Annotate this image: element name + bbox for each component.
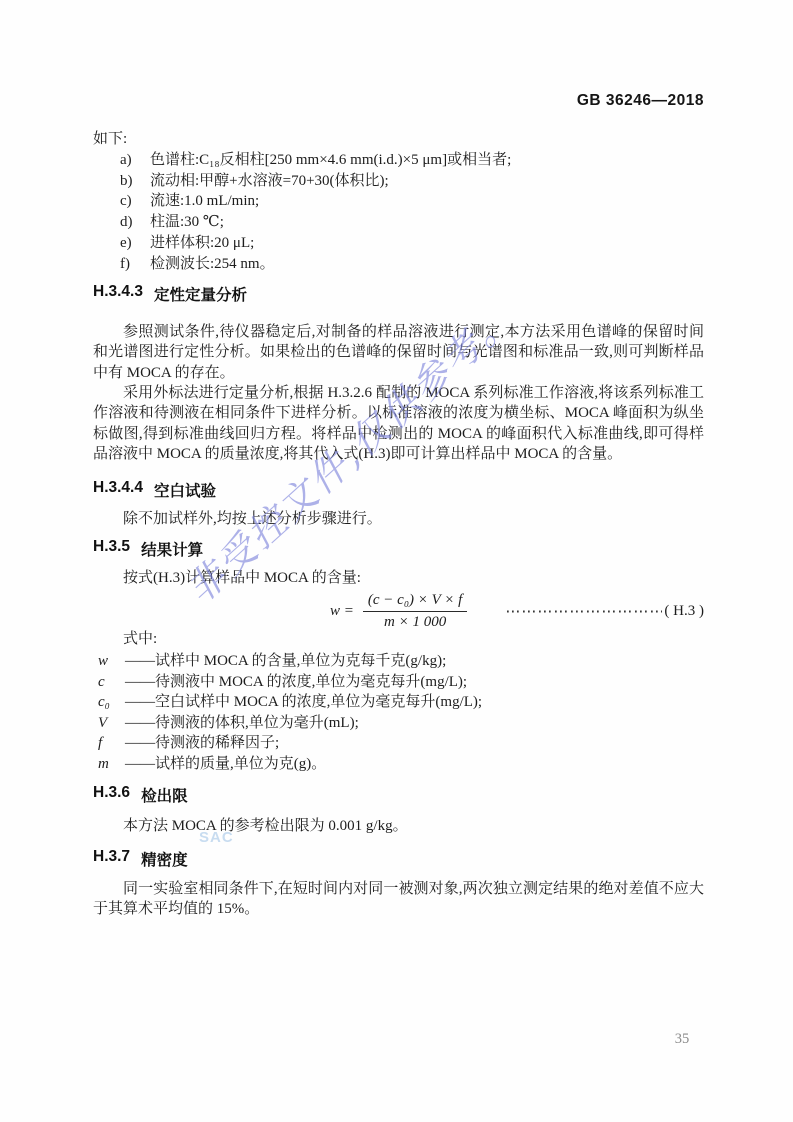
symbol-definitions: w ——试样中 MOCA 的含量,单位为克每千克(g/kg); c ——待测液中… [93, 651, 704, 774]
formula-dot-leader: ⋯⋯⋯⋯⋯⋯⋯⋯⋯⋯⋯⋯⋯⋯⋯⋯⋯⋯⋯⋯⋯⋯ [505, 602, 662, 621]
list-item-text: 流速:1.0 mL/min; [150, 191, 704, 212]
symbol: c₀ [98, 692, 125, 713]
paragraph: 按式(H.3)计算样品中 MOCA 的含量: [93, 568, 704, 588]
symbol: V [98, 713, 125, 734]
page-number: 35 [662, 1031, 702, 1048]
list-item-label: a) [120, 150, 150, 171]
list-item-text: 色谱柱:C₁₈反相柱[250 mm×4.6 mm(i.d.)×5 μm]或相当者… [150, 150, 704, 171]
list-item-text: 检测波长:254 nm。 [150, 254, 704, 275]
symbol: w [98, 651, 125, 672]
list-item-text: 进样体积:20 μL; [150, 233, 704, 254]
section-title: 结果计算 [141, 538, 203, 560]
section-title: 空白试验 [154, 479, 216, 501]
symbol-description: ——待测液的体积,单位为毫升(mL); [125, 713, 704, 734]
formula-label: ( H.3 ) [664, 603, 704, 620]
formula-numerator: (c − c₀) × V × f [363, 592, 467, 612]
list-item: f) 检测波长:254 nm。 [93, 254, 704, 275]
definition-row: f ——待测液的稀释因子; [93, 733, 704, 754]
symbol-description: ——空白试样中 MOCA 的浓度,单位为毫克每升(mg/L); [125, 692, 704, 713]
symbol: c [98, 672, 125, 693]
section-title: 定性定量分析 [154, 283, 247, 305]
symbol-description: ——待测液的稀释因子; [125, 733, 704, 754]
paragraph: 本方法 MOCA 的参考检出限为 0.001 g/kg。 [93, 816, 704, 836]
section-heading-h344: H.3.4.4 空白试验 [93, 479, 704, 501]
section-heading-h36: H.3.6 检出限 [93, 784, 704, 806]
definition-row: w ——试样中 MOCA 的含量,单位为克每千克(g/kg); [93, 651, 704, 672]
list-item-label: d) [120, 212, 150, 233]
section-number: H.3.4.4 [93, 479, 143, 501]
definition-row: m ——试样的质量,单位为克(g)。 [93, 754, 704, 775]
formula-lhs: w = [330, 603, 354, 620]
section-number: H.3.6 [93, 784, 130, 806]
intro-line: 如下: [93, 129, 704, 149]
definition-row: V ——待测液的体积,单位为毫升(mL); [93, 713, 704, 734]
definition-row: c ——待测液中 MOCA 的浓度,单位为毫克每升(mg/L); [93, 672, 704, 693]
list-item-label: b) [120, 171, 150, 192]
list-item-text: 流动相:甲醇+水溶液=70+30(体积比); [150, 171, 704, 192]
section-heading-h37: H.3.7 精密度 [93, 848, 704, 870]
standard-number-header: GB 36246—2018 [93, 92, 704, 110]
symbol-description: ——待测液中 MOCA 的浓度,单位为毫克每升(mg/L); [125, 672, 704, 693]
section-title: 精密度 [141, 848, 188, 870]
paragraph: 同一实验室相同条件下,在短时间内对同一被测对象,两次独立测定结果的绝对差值不应大… [93, 879, 704, 920]
symbol-description: ——试样的质量,单位为克(g)。 [125, 754, 704, 775]
list-item-label: e) [120, 233, 150, 254]
symbol: m [98, 754, 125, 775]
list-item: c) 流速:1.0 mL/min; [93, 191, 704, 212]
section-title: 检出限 [141, 784, 188, 806]
paragraph: 除不加试样外,均按上述分析步骤进行。 [93, 509, 704, 529]
section-number: H.3.4.3 [93, 283, 143, 305]
section-number: H.3.5 [93, 538, 130, 560]
list-item-label: f) [120, 254, 150, 275]
list-item: a) 色谱柱:C₁₈反相柱[250 mm×4.6 mm(i.d.)×5 μm]或… [93, 150, 704, 171]
list-item-label: c) [120, 191, 150, 212]
list-item: b) 流动相:甲醇+水溶液=70+30(体积比); [93, 171, 704, 192]
section-number: H.3.7 [93, 848, 130, 870]
spec-list: a) 色谱柱:C₁₈反相柱[250 mm×4.6 mm(i.d.)×5 μm]或… [93, 150, 704, 274]
symbol: f [98, 733, 125, 754]
formula-fraction: (c − c₀) × V × f m × 1 000 [363, 592, 467, 631]
formula-h3: w = (c − c₀) × V × f m × 1 000 ⋯⋯⋯⋯⋯⋯⋯⋯⋯… [93, 592, 704, 631]
list-item: d) 柱温:30 ℃; [93, 212, 704, 233]
list-item: e) 进样体积:20 μL; [93, 233, 704, 254]
paragraph: 采用外标法进行定量分析,根据 H.3.2.6 配制的 MOCA 系列标准工作溶液… [93, 383, 704, 465]
paragraph: 参照测试条件,待仪器稳定后,对制备的样品溶液进行测定,本方法采用色谱峰的保留时间… [93, 322, 704, 383]
definition-row: c₀ ——空白试样中 MOCA 的浓度,单位为毫克每升(mg/L); [93, 692, 704, 713]
section-heading-h35: H.3.5 结果计算 [93, 538, 704, 560]
list-item-text: 柱温:30 ℃; [150, 212, 704, 233]
section-heading-h343: H.3.4.3 定性定量分析 [93, 283, 704, 305]
symbol-description: ——试样中 MOCA 的含量,单位为克每千克(g/kg); [125, 651, 704, 672]
where-label: 式中: [93, 629, 704, 649]
document-page: GB 36246—2018 如下: a) 色谱柱:C₁₈反相柱[250 mm×4… [0, 0, 793, 1122]
